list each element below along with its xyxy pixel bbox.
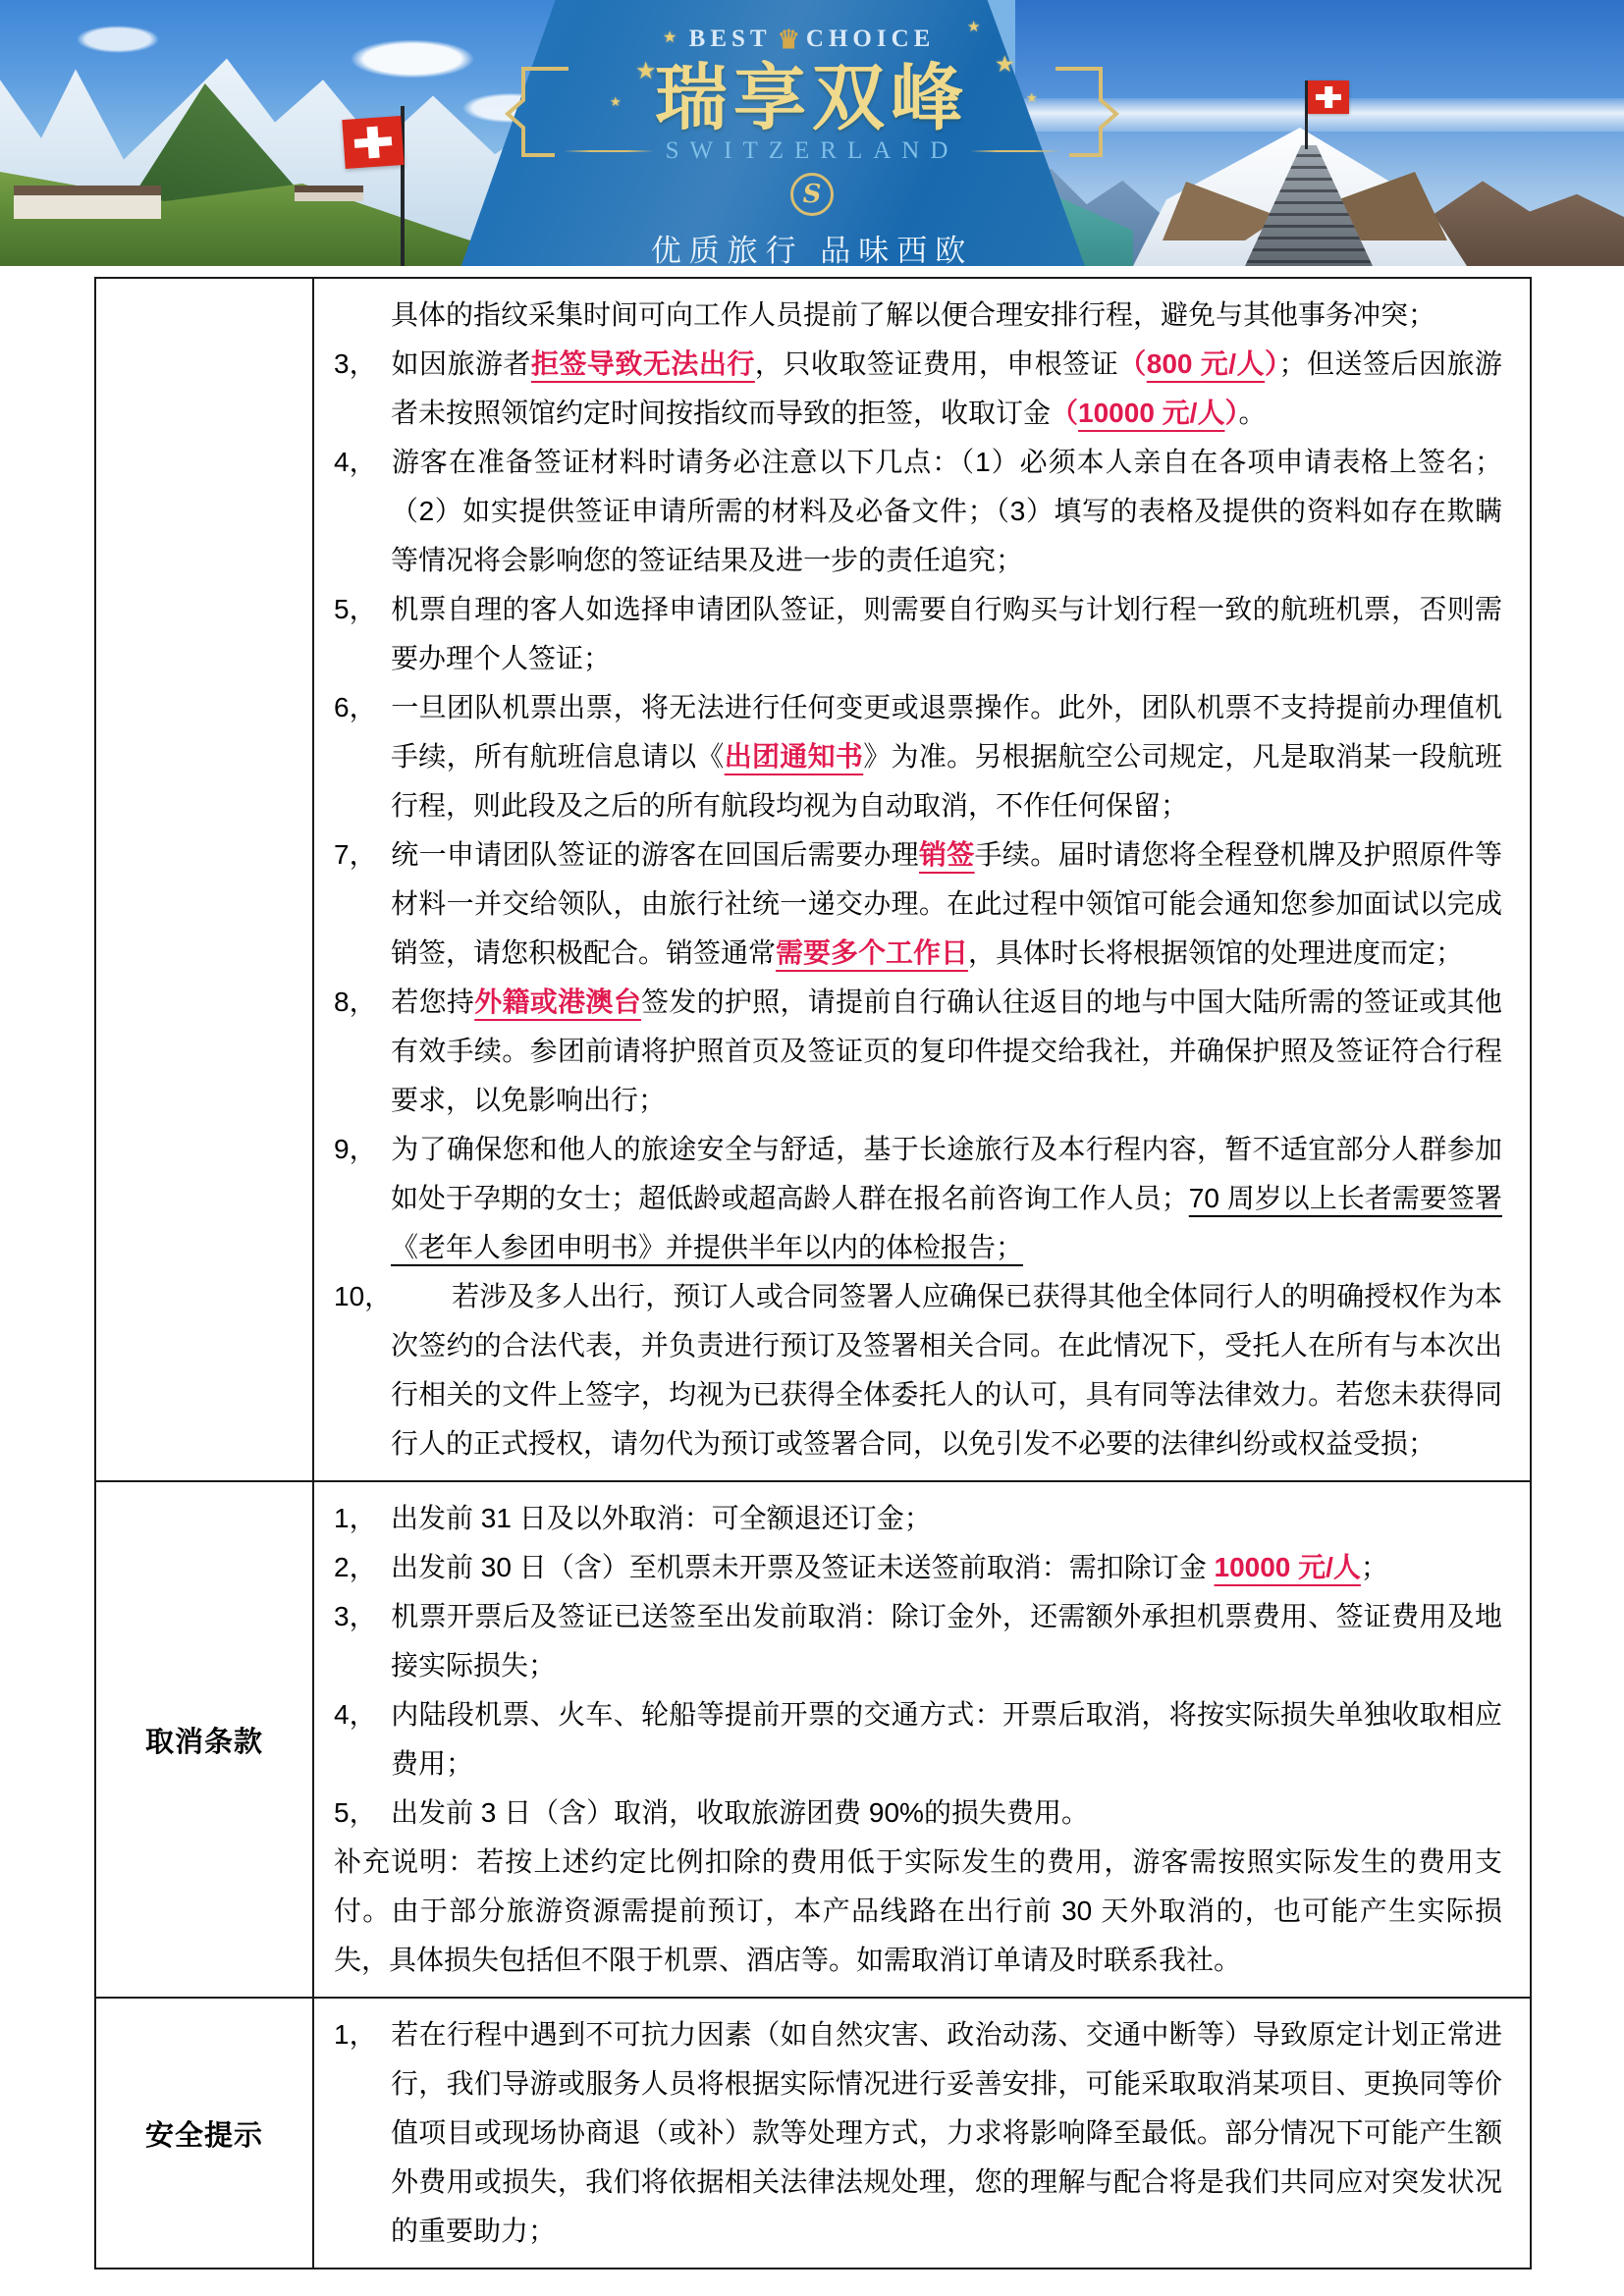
banner-title: 瑞享双峰 xyxy=(537,57,1087,139)
highlighted-text: ） xyxy=(1265,348,1279,379)
text-run: 补充说明：若按上述约定比例扣除的费用低于实际发生的费用，游客需按照实际发生的费用… xyxy=(334,1846,1502,1975)
item-number: 1， xyxy=(334,1494,391,1543)
row-label xyxy=(96,279,314,1480)
item-number: 4， xyxy=(334,438,391,487)
swiss-flag-icon xyxy=(1308,80,1349,114)
highlighted-text: 需要多个工作日 xyxy=(776,937,968,968)
ribbon-bracket-icon xyxy=(1054,65,1122,159)
paragraph: 10，若涉及多人出行，预订人或合同签署人应确保已获得其他全体同行人的明确授权作为… xyxy=(334,1272,1502,1468)
paragraph: 7，统一申请团队签证的游客在回国后需要办理销签手续。届时请您将全程登机牌及护照原… xyxy=(334,830,1502,978)
paragraph: 2，出发前 30 日（含）至机票未开票及签证未送签前取消：需扣除订金 10000… xyxy=(334,1543,1502,1592)
title-row: 瑞享双峰 xyxy=(537,57,1087,139)
item-number: 9， xyxy=(334,1125,391,1174)
highlighted-text: 出团通知书 xyxy=(725,741,864,772)
item-number: 2， xyxy=(334,1543,391,1592)
table-row: 安全提示1，若在行程中遇到不可抗力因素（如自然灾害、政治动荡、交通中断等）导致原… xyxy=(96,1999,1530,2268)
star-icon: ★ xyxy=(663,27,677,47)
text-run: 若您持 xyxy=(391,987,474,1017)
page: ★ ★ ★ ★ ★ ★ BEST♛CHOICE 瑞享双峰 SWITZERLAND… xyxy=(0,0,1624,2296)
highlighted-text: 10000 元/人 xyxy=(1215,1552,1361,1582)
paragraph: 1，出发前 31 日及以外取消：可全额退还订金； xyxy=(334,1494,1502,1543)
paragraph: 8，若您持外籍或港澳台签发的护照，请提前自行确认往返目的地与中国大陆所需的签证或… xyxy=(334,978,1502,1125)
highlighted-text: （ xyxy=(1118,348,1147,379)
text-run: ； xyxy=(1361,1552,1388,1582)
banner-content: ★ ★ ★ ★ ★ ★ BEST♛CHOICE 瑞享双峰 SWITZERLAND… xyxy=(537,0,1087,266)
text-run: ，只收取签证费用，申根签证 xyxy=(755,348,1118,379)
paragraph: 6，一旦团队机票出票，将无法进行任何变更或退票操作。此外，团队机票不支持提前办理… xyxy=(334,683,1502,830)
text-run: 如因旅游者 xyxy=(391,348,531,379)
paragraph: 5，出发前 3 日（含）取消，收取旅游团费 90%的损失费用。 xyxy=(334,1789,1502,1838)
text-run: 机票开票后及签证已送签至出发前取消：除订金外，还需额外承担机票费用、签证费用及地… xyxy=(391,1601,1502,1681)
item-number: 7， xyxy=(334,830,391,880)
text-run: 具体的指纹采集时间可向工作人员提前了解以便合理安排行程，避免与其他事务冲突； xyxy=(391,299,1435,330)
banner: ★ ★ ★ ★ ★ ★ BEST♛CHOICE 瑞享双峰 SWITZERLAND… xyxy=(0,0,1624,266)
swiss-flag-icon xyxy=(342,116,404,169)
text-run: 游客在准备签证材料时请务必注意以下几点：（1）必须本人亲自在各项申请表格上签名；… xyxy=(391,447,1502,575)
chalet-icon xyxy=(295,186,363,201)
paragraph: 具体的指纹采集时间可向工作人员提前了解以便合理安排行程，避免与其他事务冲突； xyxy=(334,291,1502,340)
banner-tagline: 优质旅行 品味西欧 xyxy=(537,226,1087,266)
paragraph: 5，机票自理的客人如选择申请团队签证，则需要自行购买与计划行程一致的航班机票，否… xyxy=(334,585,1502,683)
paragraph: 9，为了确保您和他人的旅途安全与舒适，基于长途旅行及本行程内容，暂不适宜部分人群… xyxy=(334,1125,1502,1272)
text-run: 出发前 30 日（含）至机票未开票及签证未送签前取消：需扣除订金 xyxy=(391,1552,1215,1582)
crown-icon: ♛ xyxy=(778,26,800,54)
badge-choice: CHOICE xyxy=(806,26,935,52)
item-number: 5， xyxy=(334,1789,391,1838)
chalet-icon xyxy=(14,186,161,219)
ribbon-bracket-icon xyxy=(502,65,570,159)
item-number: 10， xyxy=(334,1272,452,1321)
item-number: 3， xyxy=(334,1592,391,1641)
text-run: 统一申请团队签证的游客在回国后需要办理 xyxy=(391,839,919,870)
paragraph: 4，游客在准备签证材料时请务必注意以下几点：（1）必须本人亲自在各项申请表格上签… xyxy=(334,438,1502,585)
terms-table: 具体的指纹采集时间可向工作人员提前了解以便合理安排行程，避免与其他事务冲突；3，… xyxy=(94,277,1532,2269)
gold-line xyxy=(970,150,1060,152)
paragraph: 4，内陆段机票、火车、轮船等提前开票的交通方式：开票后取消，将按实际损失单独收取… xyxy=(334,1690,1502,1789)
text-run: 出发前 31 日及以外取消：可全额退还订金； xyxy=(391,1503,932,1533)
item-number: 6， xyxy=(334,683,391,732)
highlighted-text: 拒签导致无法出行 xyxy=(531,348,755,379)
item-number: 3， xyxy=(334,340,391,389)
row-content: 1，出发前 31 日及以外取消：可全额退还订金；2，出发前 30 日（含）至机票… xyxy=(314,1482,1530,1997)
s-emblem-icon: S xyxy=(790,173,834,216)
text-run: 出发前 3 日（含）取消，收取旅游团费 90%的损失费用。 xyxy=(391,1797,1089,1828)
table-row: 具体的指纹采集时间可向工作人员提前了解以便合理安排行程，避免与其他事务冲突；3，… xyxy=(96,279,1530,1482)
highlighted-text: （ xyxy=(1051,398,1078,428)
item-number: 4， xyxy=(334,1690,391,1739)
gold-line xyxy=(564,150,654,152)
paragraph: 补充说明：若按上述约定比例扣除的费用低于实际发生的费用，游客需按照实际发生的费用… xyxy=(334,1838,1502,1985)
item-number: 5， xyxy=(334,585,391,634)
item-number: 8， xyxy=(334,978,391,1027)
highlighted-text: 销签 xyxy=(919,839,975,870)
highlighted-text: 外籍或港澳台 xyxy=(474,987,641,1017)
text-run: 若在行程中遇到不可抗力因素（如自然灾害、政治动荡、交通中断等）导致原定计划正常进… xyxy=(391,2019,1502,2246)
paragraph: 1，若在行程中遇到不可抗力因素（如自然灾害、政治动荡、交通中断等）导致原定计划正… xyxy=(334,2010,1502,2256)
text-run: 内陆段机票、火车、轮船等提前开票的交通方式：开票后取消，将按实际损失单独收取相应… xyxy=(391,1699,1502,1779)
row-label: 取消条款 xyxy=(96,1482,314,1997)
banner-subtitle-row: SWITZERLAND xyxy=(537,137,1087,165)
banner-subtitle: SWITZERLAND xyxy=(666,137,959,164)
row-label: 安全提示 xyxy=(96,1999,314,2268)
highlighted-text: 800 元/人 xyxy=(1147,348,1265,379)
text-run: 。 xyxy=(1238,398,1266,428)
item-number: 1， xyxy=(334,2010,391,2059)
row-content: 具体的指纹采集时间可向工作人员提前了解以便合理安排行程，避免与其他事务冲突；3，… xyxy=(314,279,1530,1480)
table-row: 取消条款1，出发前 31 日及以外取消：可全额退还订金；2，出发前 30 日（含… xyxy=(96,1482,1530,1999)
row-content: 1，若在行程中遇到不可抗力因素（如自然灾害、政治动荡、交通中断等）导致原定计划正… xyxy=(314,1999,1530,2268)
paragraph: 3，机票开票后及签证已送签至出发前取消：除订金外，还需额外承担机票费用、签证费用… xyxy=(334,1592,1502,1690)
text-run: ，具体时长将根据领馆的处理进度而定； xyxy=(968,937,1463,968)
paragraph: 3，如因旅游者拒签导致无法出行，只收取签证费用，申根签证（800 元/人）；但送… xyxy=(334,340,1502,438)
highlighted-text: 10000 元/人 xyxy=(1078,398,1224,428)
highlighted-text: ） xyxy=(1224,398,1238,428)
star-icon: ★ xyxy=(967,18,980,35)
badge-best: BEST xyxy=(689,26,772,52)
text-run: 机票自理的客人如选择申请团队签证，则需要自行购买与计划行程一致的航班机票，否则需… xyxy=(391,594,1502,673)
text-run: 若涉及多人出行，预订人或合同签署人应确保已获得其他全体同行人的明确授权作为本次签… xyxy=(391,1281,1502,1459)
